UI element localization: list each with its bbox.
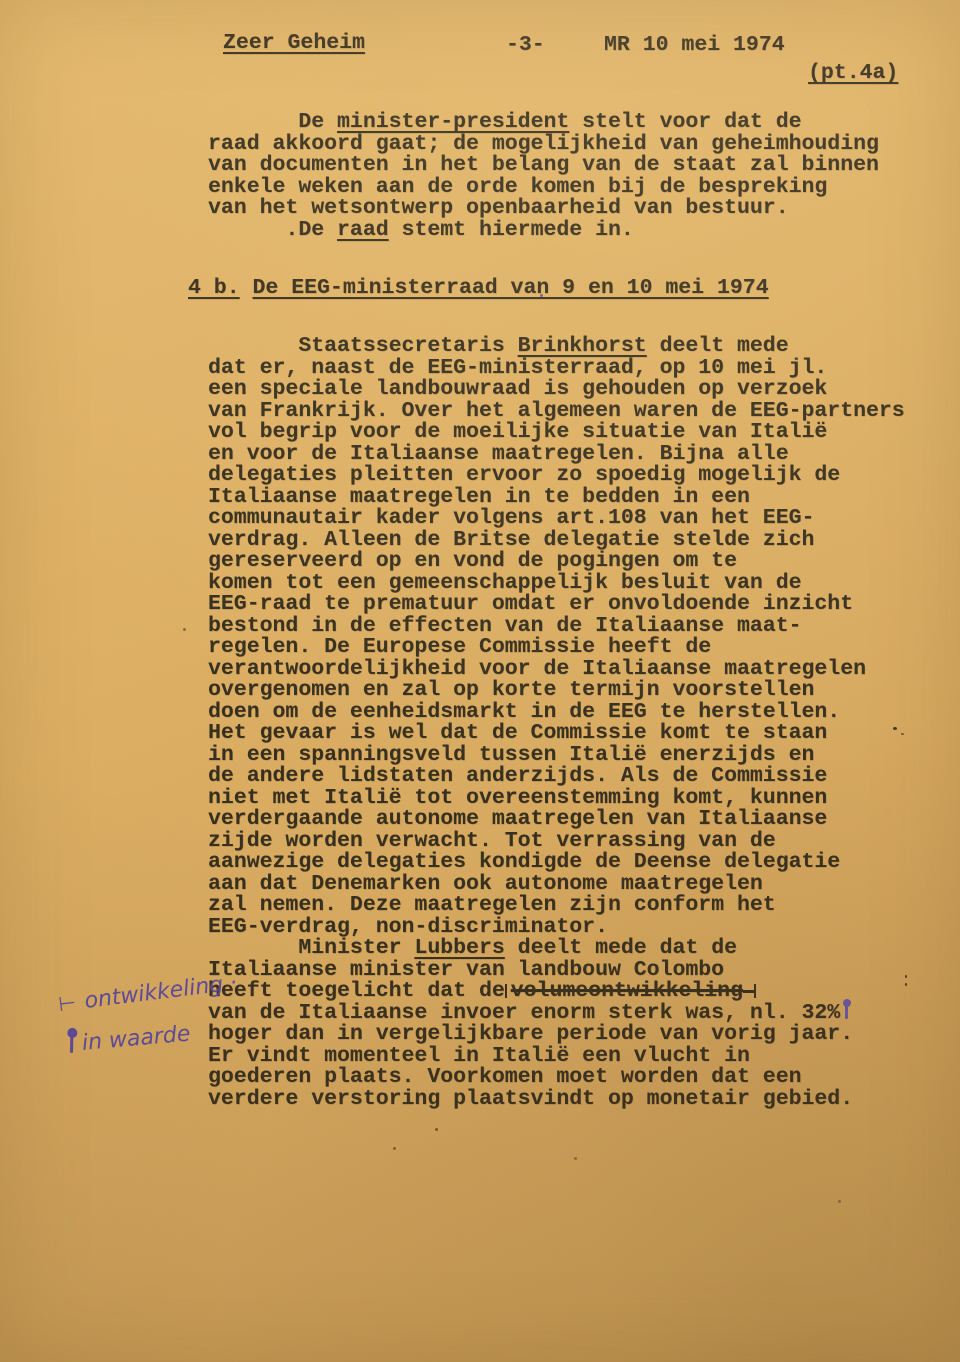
text-line: overgenomen en zal op korte termijn voor… [208,680,905,702]
margin-note-text: in waarde [81,1022,191,1056]
text-line: EEG-raad te prematuur omdat er onvoldoen… [208,594,905,616]
classification-label: Zeer Geheim [223,31,365,55]
text-line: regelen. De Europese Commissie heeft de [208,637,905,659]
text-line: hoger dan in vergelijkbare periode van v… [208,1024,905,1046]
text-line: komen tot een gemeenschappelijk besluit … [208,573,905,595]
text-line: EEG-verdrag, non-discriminator. [208,917,905,939]
text-line: en voor de Italiaanse maatregelen. Bijna… [208,444,905,466]
margin-annotation-in-waarde: in waarde [39,997,194,1085]
text-line: communautair kader volgens art.108 van h… [208,508,905,530]
text-line: van de Italiaanse invoer enorm sterk was… [208,1003,905,1025]
text-line: verdrag. Alleen de Britse delegatie stel… [208,530,905,552]
text-line: vol begrip voor de moeilijke situatie va… [208,422,905,444]
text-line: verdergaande autonome maatregelen van It… [208,809,905,831]
pin-insertion-icon [845,1005,848,1019]
text-line: van het wetsontwerp openbaarheid van bes… [208,198,879,220]
text-line: Het gevaar is wel dat de Commissie komt … [208,723,905,745]
paragraph-decision: De minister-president stelt voor dat der… [208,112,879,241]
text-line: bestond in de effecten van de Italiaanse… [208,616,905,638]
dust-speck [838,1200,841,1203]
text-line: van Frankrijk. Over het algemeen waren d… [208,401,905,423]
text-line: goederen plaats. Voorkomen moet worden d… [208,1067,905,1089]
text-line: 4 b. De EEG-ministerraad van 9 en 10 mei… [188,278,769,300]
text-line: verantwoordelijkheid voor de Italiaanse … [208,659,905,681]
text-line: doen om de eenheidsmarkt in de EEG te he… [208,702,905,724]
correction-tick-icon [505,984,511,998]
document-reference: MR 10 mei 1974 [604,33,785,57]
page-number: -3- [506,33,545,57]
text-line: niet met Italië tot overeenstemming komt… [208,788,905,810]
text-line: de andere lidstaten anderzijds. Als de C… [208,766,905,788]
text-line: dat er, naast de EEG-ministerraad, op 10… [208,358,905,380]
text-line: Minister Lubbers deelt mede dat de [208,938,905,960]
text-line: een speciale landbouwraad is gehouden op… [208,379,905,401]
text-line: Er vindt momenteel in Italië een vlucht … [208,1046,905,1068]
text-line: zal nemen. Deze maatregelen zijn conform… [208,895,905,917]
text-line: zijde worden verwacht. Tot verrassing va… [208,831,905,853]
dust-speck [183,628,186,631]
text-line: raad akkoord gaat; de mogelijkheid van g… [208,134,879,156]
dust-speck [905,983,907,986]
document-page: Zeer Geheim -3- MR 10 mei 1974 (pt.4a) D… [0,0,960,1362]
text-line: gereserveerd op en vond de pogingen om t… [208,551,905,573]
paragraph-body: Staatssecretaris Brinkhorst deelt mededa… [208,336,905,1110]
dust-speck [393,1147,396,1150]
text-line: Staatssecretaris Brinkhorst deelt mede [208,336,905,358]
dust-speck [435,1128,438,1131]
text-line: enkele weken aan de orde komen bij de be… [208,177,879,199]
text-line: De minister-president stelt voor dat de [208,112,879,134]
point-reference: (pt.4a) [808,61,898,85]
correction-tick-icon [743,984,756,998]
text-line: Italiaanse minister van landbouw Colombo [208,960,905,982]
text-line: aan dat Denemarken ook autonome maatrege… [208,874,905,896]
text-line: .De raad stemt hiermede in. [208,220,879,242]
dust-speck [574,1157,577,1160]
text-line: van documenten in het belang van de staa… [208,155,879,177]
dust-speck [905,975,907,978]
text-line: aanwezige delegaties kondigde de Deense … [208,852,905,874]
text-line: delegaties pleitten ervoor zo spoedig mo… [208,465,905,487]
text-line: Italiaanse maatregelen in te bedden in e… [208,487,905,509]
pin-insertion-icon [70,1036,73,1053]
text-line: in een spanningsveld tussen Italië enerz… [208,745,905,767]
section-heading: 4 b. De EEG-ministerraad van 9 en 10 mei… [188,278,769,300]
text-line: verdere verstoring plaatsvindt op moneta… [208,1089,905,1111]
text-line: heeft toegelicht dat devolumeontwikkelin… [208,981,905,1003]
